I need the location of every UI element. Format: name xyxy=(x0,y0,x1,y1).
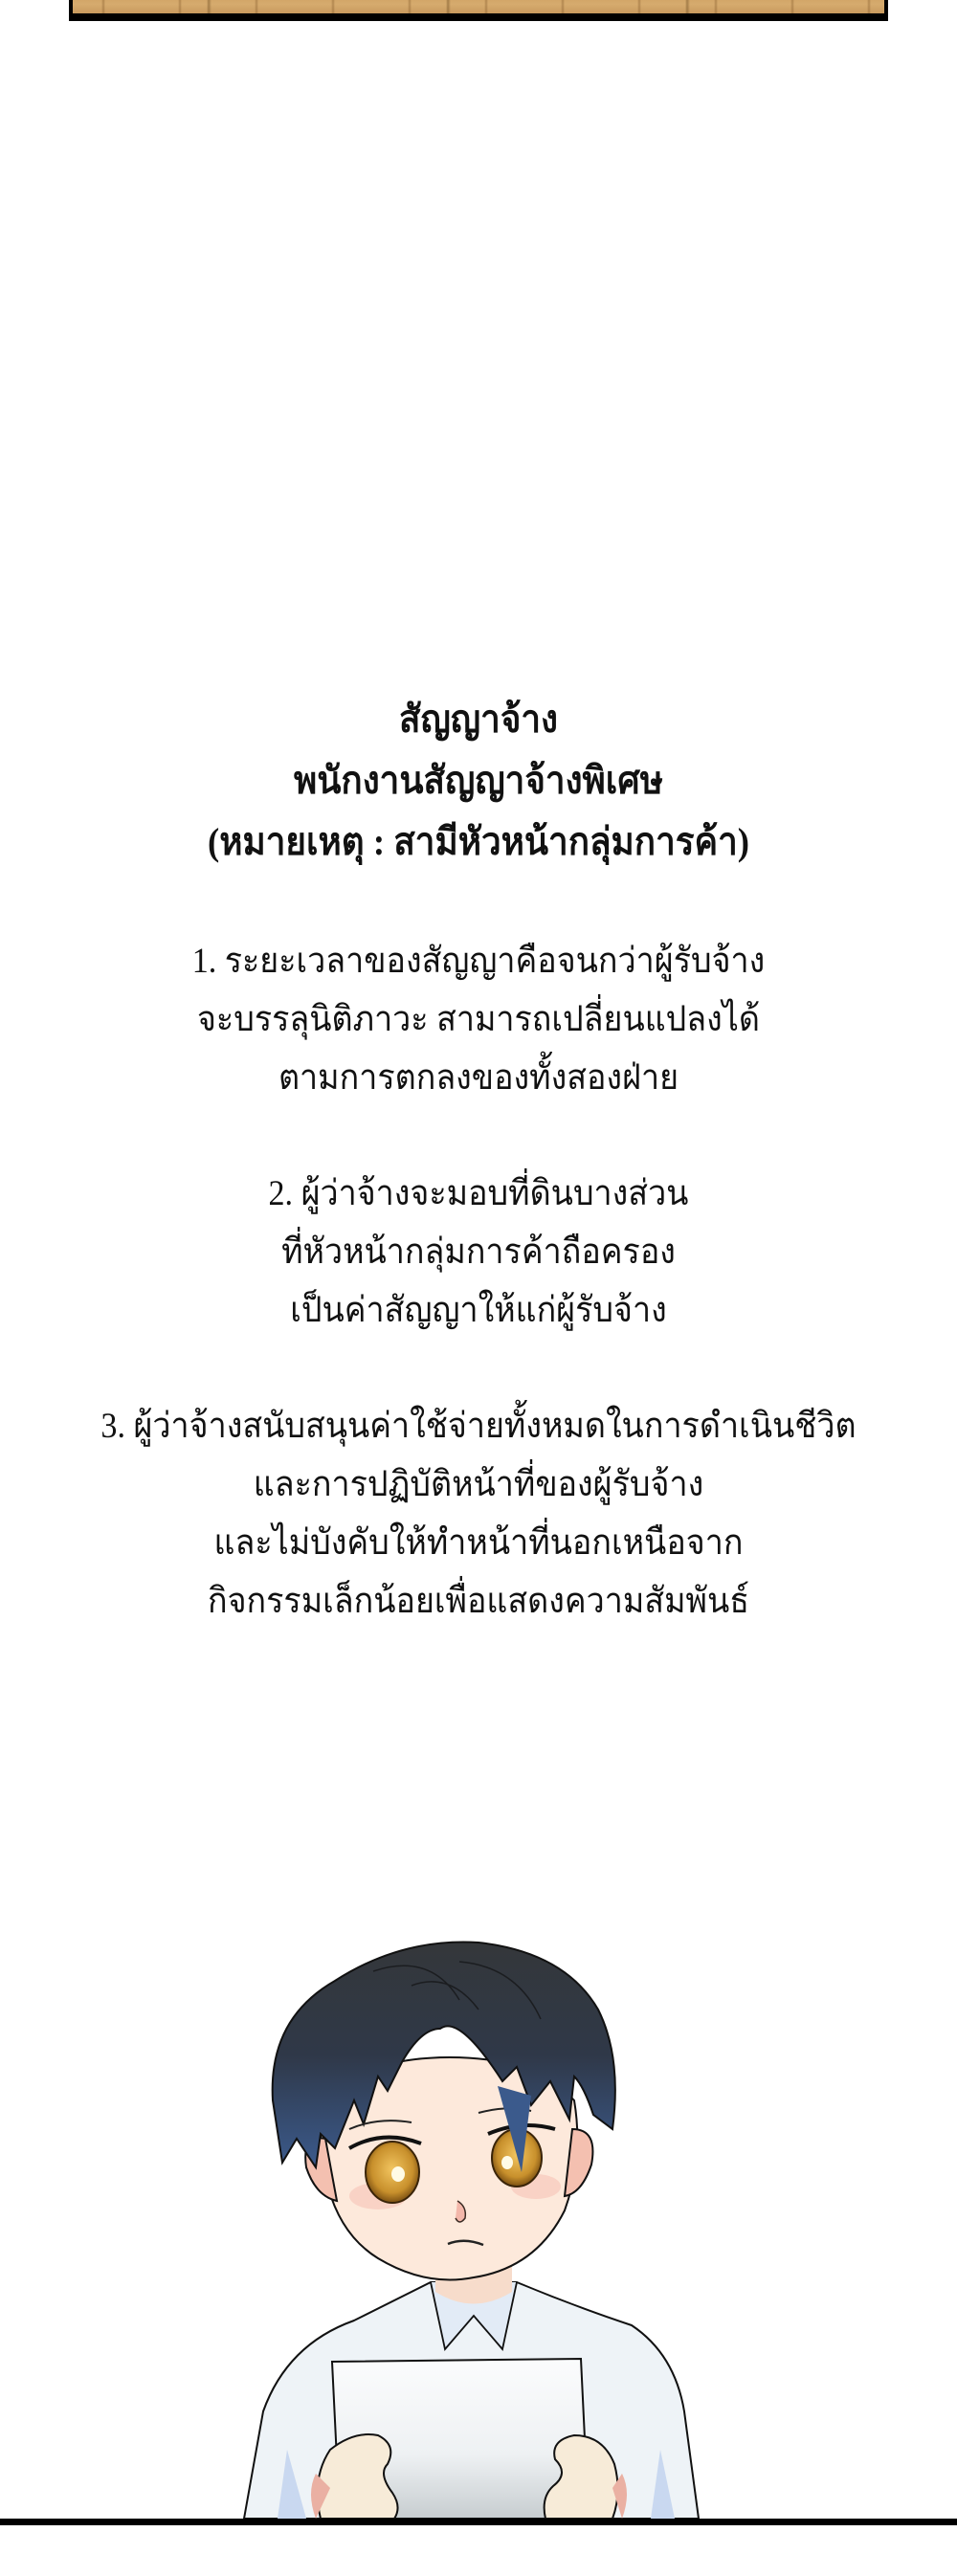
title-line: (หมายเหตุ : สามีหัวหน้ากลุ่มการค้า) xyxy=(38,811,919,873)
clause-line: 3. ผู้ว่าจ้างสนับสนุนค่าใช้จ่ายทั้งหมดใน… xyxy=(38,1397,919,1455)
clause-line: ตามการตกลงของทั้งสองฝ่าย xyxy=(38,1049,919,1107)
chibi-boy-icon xyxy=(0,1914,957,2519)
title-line: พนักงานสัญญาจ้างพิเศษ xyxy=(38,750,919,811)
clause-line: ที่หัวหน้ากลุ่มการค้าถือครอง xyxy=(38,1223,919,1281)
title-line: สัญญาจ้าง xyxy=(38,689,919,750)
clause-line: 1. ระยะเวลาของสัญญาคือจนกว่าผู้รับจ้าง xyxy=(38,932,919,990)
contract-text: สัญญาจ้าง พนักงานสัญญาจ้างพิเศษ (หมายเหต… xyxy=(0,689,957,1631)
clause-3: 3. ผู้ว่าจ้างสนับสนุนค่าใช้จ่ายทั้งหมดใน… xyxy=(0,1397,957,1631)
clause-line: เป็นค่าสัญญาให้แก่ผู้รับจ้าง xyxy=(38,1281,919,1340)
contract-title: สัญญาจ้าง พนักงานสัญญาจ้างพิเศษ (หมายเหต… xyxy=(0,689,957,873)
panel-divider xyxy=(0,2519,957,2525)
character-illustration xyxy=(0,1914,957,2519)
clause-line: และไม่บังคับให้ทำหน้าที่นอกเหนือจาก xyxy=(38,1514,919,1572)
wood-texture xyxy=(73,0,884,13)
clause-1: 1. ระยะเวลาของสัญญาคือจนกว่าผู้รับจ้าง จ… xyxy=(0,932,957,1107)
clause-line: กิจกรรมเล็กน้อยเพื่อแสดงความสัมพันธ์ xyxy=(38,1572,919,1631)
clause-line: 2. ผู้ว่าจ้างจะมอบที่ดินบางส่วน xyxy=(38,1165,919,1223)
clause-line: จะบรรลุนิติภาวะ สามารถเปลี่ยนแปลงได้ xyxy=(38,990,919,1049)
wood-panel-edge xyxy=(69,0,888,21)
clause-2: 2. ผู้ว่าจ้างจะมอบที่ดินบางส่วน ที่หัวหน… xyxy=(0,1165,957,1340)
clause-line: และการปฏิบัติหน้าที่ของผู้รับจ้าง xyxy=(38,1455,919,1514)
